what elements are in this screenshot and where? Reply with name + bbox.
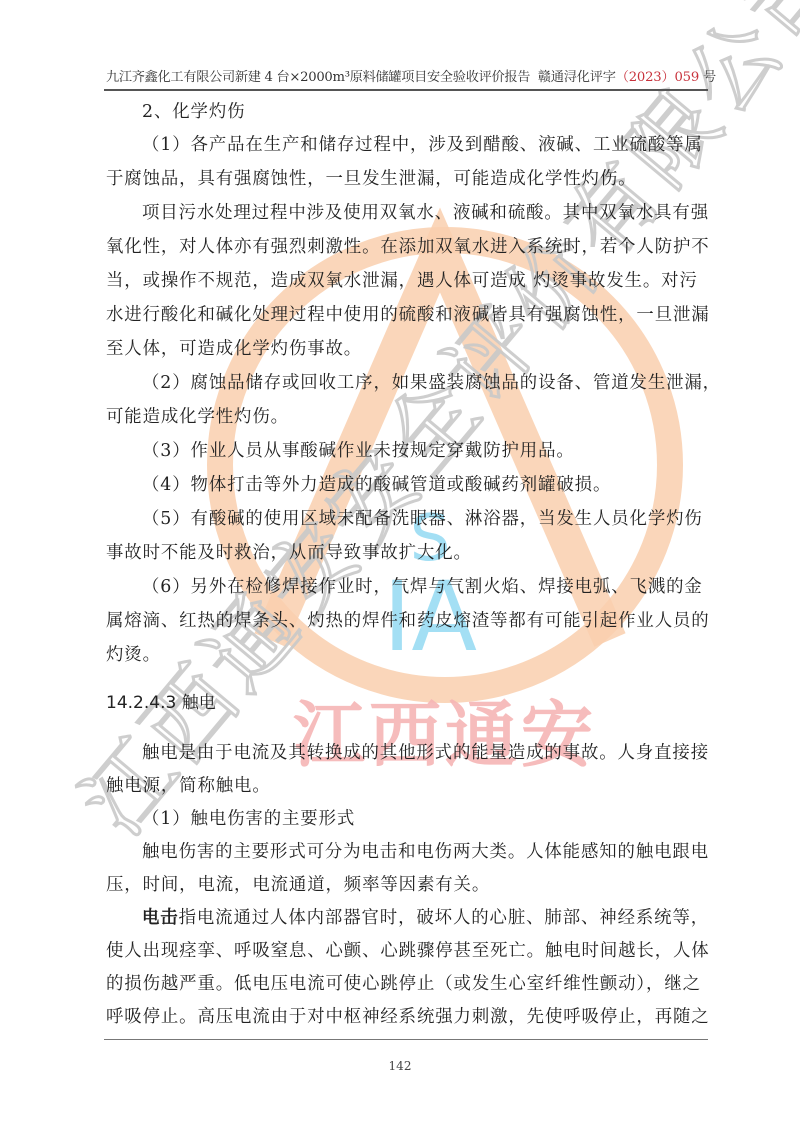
paragraph-line: 呼吸停止。高压电流由于对中枢神经系统强力刺激，先使呼吸停止，再随之: [106, 1003, 710, 1033]
section-heading-electric-shock: 14.2.4.3 触电: [106, 689, 710, 719]
page-header: 九江齐鑫化工有限公司新建 4 台×2000m³原料储罐项目安全验收评价报告 赣通…: [106, 66, 706, 86]
paragraph-line: 压，时间，电流，电流通道，频率等因素有关。: [106, 871, 710, 901]
paragraph-line: 事故时不能及时救治，从而导致事故扩大化。: [106, 539, 710, 569]
paragraph-line: 的损伤越严重。低电压电流可使心跳停止（或发生心室纤维性颤动），继之: [106, 970, 710, 1000]
paragraph-line: 触电伤害的主要形式可分为电击和电伤两大类。人体能感知的触电跟电: [106, 838, 746, 868]
term-electric-shock: 电击: [142, 908, 179, 928]
header-divider: [104, 89, 708, 91]
paragraph-line: 氧化性，对人体亦有强烈刺激性。在添加双氧水进入系统时，若个人防护不: [106, 233, 710, 263]
paragraph-line: 于腐蚀品，具有强腐蚀性，一旦发生泄漏，可能造成化学性灼伤。: [106, 165, 710, 195]
subsection-title: （1）触电伤害的主要形式: [106, 805, 746, 835]
section-title-chemical-burn: 2、化学灼伤: [106, 98, 746, 128]
paragraph-line: 属熔滴、红热的焊条头、灼热的焊件和药皮熔渣等都有可能引起作业人员的: [106, 607, 710, 637]
report-title: 九江齐鑫化工有限公司新建 4 台×2000m³原料储罐项目安全验收评价报告: [106, 66, 530, 85]
paragraph-line: （5）有酸碱的使用区域未配备洗眼器、淋浴器，当发生人员化学灼伤: [106, 505, 746, 535]
paragraph-line: 项目污水处理过程中涉及使用双氧水、液碱和硫酸。其中双氧水具有强: [106, 199, 746, 229]
paragraph-line: 电击指电流通过人体内部器官时，破坏人的心脏、肺部、神经系统等，: [106, 904, 746, 934]
paragraph-line: 触电源，简称触电。: [106, 772, 710, 802]
paragraph-line: （6）另外在检修焊接作业时，气焊与气割火焰、焊接电弧、飞溅的金: [106, 573, 746, 603]
document-page: S IA 江西通安 江西通安安全评价有限公司 九江齐鑫化工有限公司新建 4 台×…: [0, 0, 800, 1131]
paragraph-line: 触电是由于电流及其转换成的其他形式的能量造成的事故。人身直接接: [106, 739, 746, 769]
paragraph-line: 当，或操作不规范，造成双氧水泄漏，遇人体可造成 灼烫事故发生。对污: [106, 267, 710, 297]
paragraph-line: 至人体，可造成化学灼伤事故。: [106, 335, 710, 365]
paragraph-line: （4）物体打击等外力造成的酸碱管道或酸碱药剂罐破损。: [106, 471, 746, 501]
paragraph-line: 灼烫。: [106, 641, 710, 671]
paragraph-line: 可能造成化学性灼伤。: [106, 403, 710, 433]
paragraph-line: （1）各产品在生产和储存过程中，涉及到醋酸、液碱、工业硫酸等属: [106, 131, 746, 161]
document-number: 赣通浔化评字（2023）059 号: [538, 66, 716, 85]
paragraph-line: （3）作业人员从事酸碱作业未按规定穿戴防护用品。: [106, 437, 746, 467]
paragraph-line: （2）腐蚀品储存或回收工序，如果盛装腐蚀品的设备、管道发生泄漏，: [106, 369, 746, 399]
paragraph-line: 使人出现痉挛、呼吸窒息、心颤、心跳骤停甚至死亡。触电时间越长，人体: [106, 937, 710, 967]
paragraph-line: 水进行酸化和碱化处理过程中使用的硫酸和液碱皆具有强腐蚀性，一旦泄漏: [106, 301, 710, 331]
